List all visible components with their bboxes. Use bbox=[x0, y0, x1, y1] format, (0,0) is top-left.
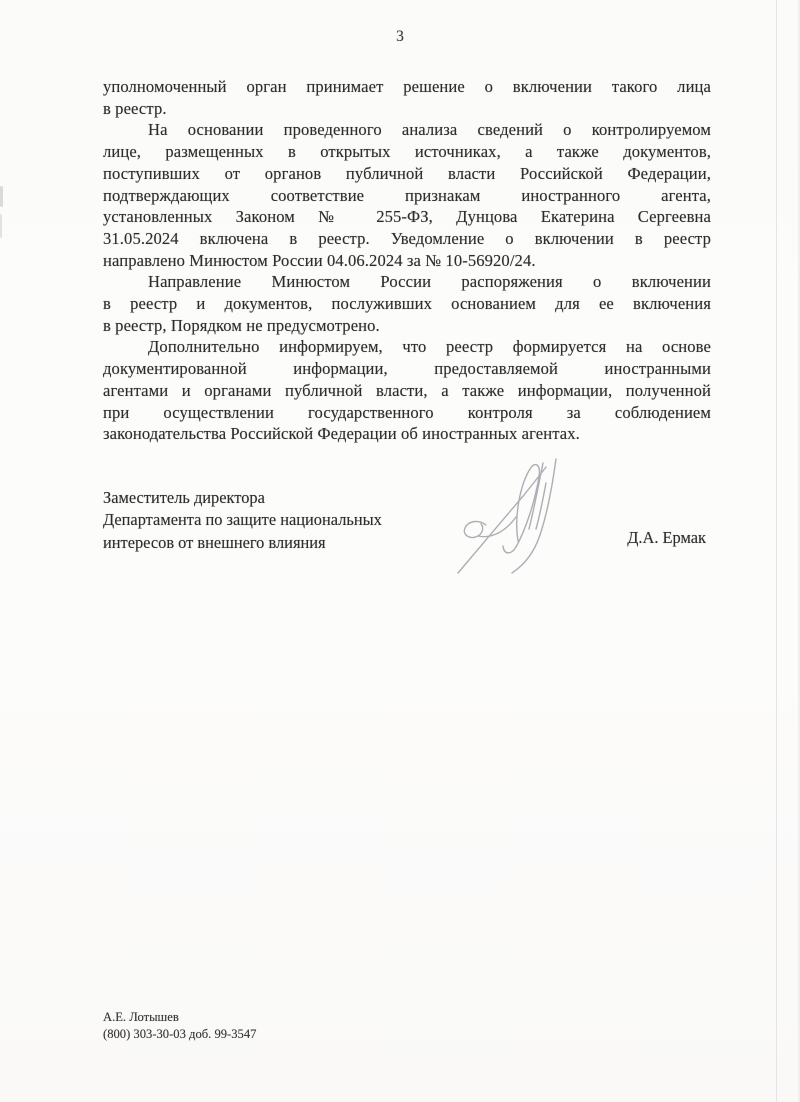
paragraph: На основании проведенного анализа сведен… bbox=[103, 119, 711, 271]
scan-artifact-vertical-line bbox=[776, 0, 777, 1102]
body-line: На основании проведенного анализа сведен… bbox=[103, 119, 711, 141]
body-line: агентами и органами публичной власти, а … bbox=[103, 380, 711, 402]
signer-position-block: Заместитель директора Департамента по за… bbox=[103, 487, 463, 554]
executor-name: А.Е. Лотышев bbox=[103, 1009, 256, 1026]
body-line: подтверждающих соответствие признакам ин… bbox=[103, 185, 711, 207]
body-line: уполномоченный орган принимает решение о… bbox=[103, 76, 711, 98]
signatory-name: Д.А. Ермак bbox=[500, 528, 706, 548]
signer-position-line: интересов от внешнего влияния bbox=[103, 532, 463, 554]
body-line: лице, размещенных в открытых источниках,… bbox=[103, 141, 711, 163]
signer-position-line: Департамента по защите национальных bbox=[103, 509, 463, 531]
page-number: 3 bbox=[0, 28, 800, 46]
paragraph: Дополнительно информируем, что реестр фо… bbox=[103, 336, 711, 445]
scan-artifact-left-mark bbox=[0, 186, 3, 207]
body-line: при осуществлении государственного контр… bbox=[103, 402, 711, 424]
executor-footer: А.Е. Лотышев (800) 303-30-03 доб. 99-354… bbox=[103, 1009, 256, 1043]
body-line: поступивших от органов публичной власти … bbox=[103, 163, 711, 185]
body-line: законодательства Российской Федерации об… bbox=[103, 423, 711, 445]
body-line: Направление Минюстом России распоряжения… bbox=[103, 271, 711, 293]
handwritten-signature-icon bbox=[450, 453, 590, 577]
body-line: Дополнительно информируем, что реестр фо… bbox=[103, 336, 711, 358]
body-line: в реестр. bbox=[103, 98, 711, 120]
body-line: установленных Законом № 255-ФЗ, Дунцова … bbox=[103, 206, 711, 228]
paragraph: Направление Минюстом России распоряжения… bbox=[103, 271, 711, 336]
body-line: документированной информации, предоставл… bbox=[103, 358, 711, 380]
scan-artifact-left-mark bbox=[0, 214, 2, 238]
body-line: в реестр и документов, послуживших основ… bbox=[103, 293, 711, 315]
paragraph: уполномоченный орган принимает решение о… bbox=[103, 76, 711, 119]
body-line: в реестр, Порядком не предусмотрено. bbox=[103, 315, 711, 337]
executor-phone: (800) 303-30-03 доб. 99-3547 bbox=[103, 1026, 256, 1043]
body-line: 31.05.2024 включена в реестр. Уведомлени… bbox=[103, 228, 711, 250]
body-line: направлено Минюстом России 04.06.2024 за… bbox=[103, 250, 711, 272]
scanned-document-page: 3 уполномоченный орган принимает решение… bbox=[0, 0, 800, 1102]
signer-position-line: Заместитель директора bbox=[103, 487, 463, 509]
document-body: уполномоченный орган принимает решение о… bbox=[103, 76, 711, 445]
